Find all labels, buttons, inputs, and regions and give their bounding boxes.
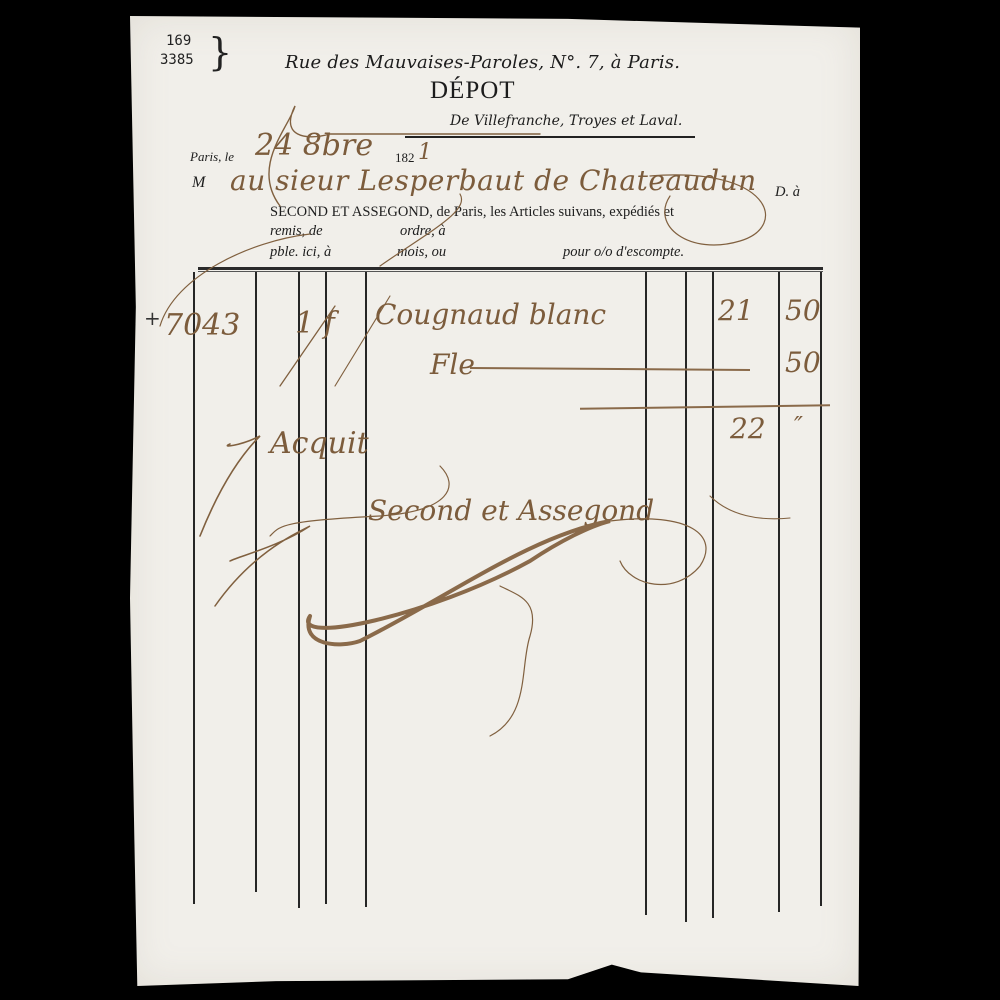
invoice-paper: 169 3385 } Rue des Mauvaises-Paroles, N°…: [130, 16, 860, 986]
signature-flourish-icon: [130, 16, 860, 986]
